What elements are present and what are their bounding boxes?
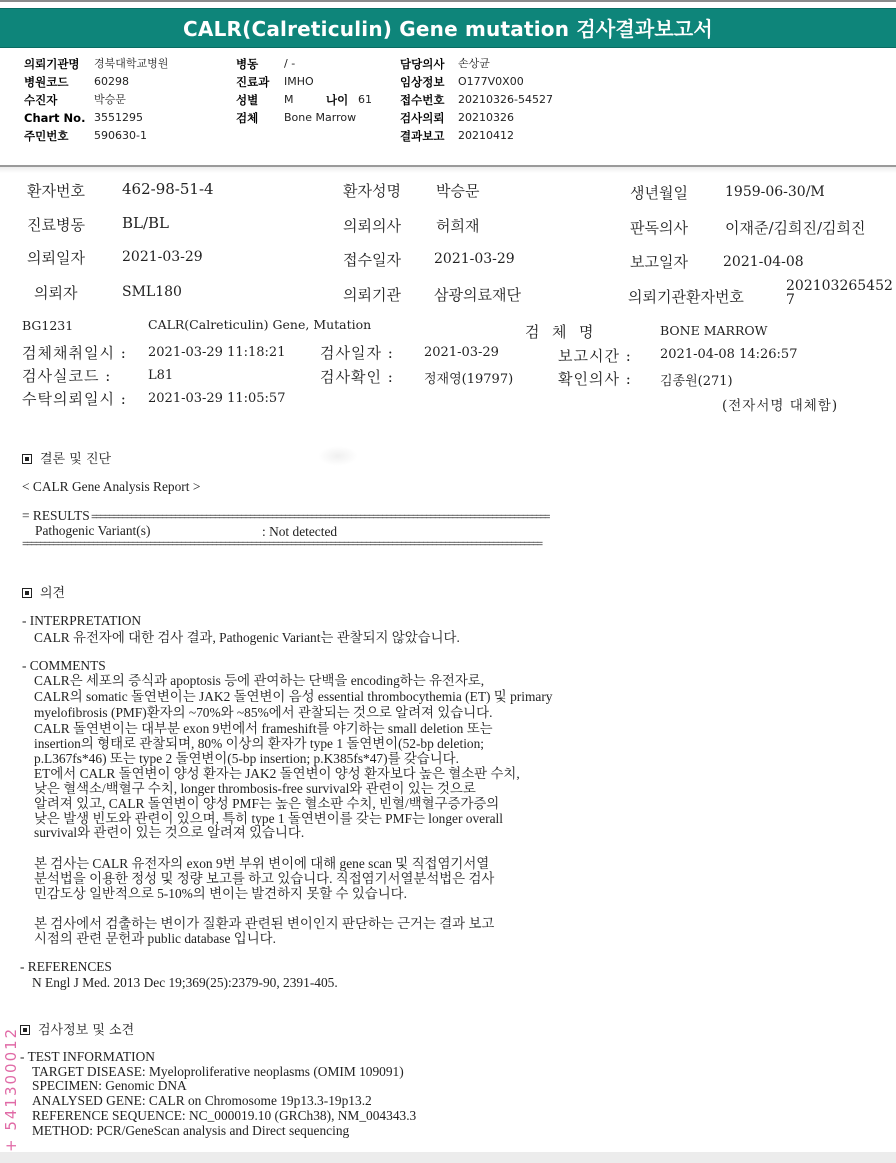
test-info-line: ANALYSED GENE: CALR on Chromosome 19p13.… bbox=[32, 1094, 372, 1107]
test-info-line: METHOD: PCR/GeneScan analysis and Direct… bbox=[32, 1124, 349, 1137]
comment-line: CALR의 somatic 돌연변이는 JAK2 돌연변이 음성 essenti… bbox=[34, 690, 552, 703]
comment-line: p.L367fs*46) 또는 type 2 돌연변이(5-bp inserti… bbox=[34, 752, 459, 765]
references-text: N Engl J Med. 2013 Dec 19;369(25):2379-9… bbox=[32, 976, 338, 989]
field-label: 진료과 bbox=[236, 73, 284, 91]
bottom-bar bbox=[0, 1152, 896, 1163]
field-value: 20210412 bbox=[458, 127, 514, 145]
field-label: 담당의사 bbox=[400, 55, 458, 73]
basis-note-line: 시점의 관련 문헌과 public database 입니다. bbox=[34, 932, 276, 945]
header-field: 수진자박승문 bbox=[24, 91, 168, 109]
confirm-doctor-label: 확인의사 : bbox=[558, 368, 632, 389]
header-field: 임상정보O177V0X00 bbox=[400, 73, 553, 91]
field-label: 결과보고 bbox=[400, 127, 458, 145]
field-value: / - bbox=[284, 55, 295, 73]
side-stamp: + 541300012 bbox=[2, 1010, 20, 1152]
header-col-ward: 병동/ - 진료과IMHO 성별M나이61 검체Bone Marrow bbox=[236, 55, 372, 127]
comment-line: ET에서 CALR 돌연변이 양성 환자는 JAK2 돌연변이 양성 환자보다 … bbox=[34, 767, 520, 780]
field-value: 경북대학교병원 bbox=[94, 55, 168, 73]
test-info-section-title: 검사정보 및 소견 bbox=[20, 1019, 134, 1038]
header-field: 진료과IMHO bbox=[236, 73, 372, 91]
report-date-label: 보고일자 bbox=[630, 251, 688, 272]
specimen-value: BONE MARROW bbox=[660, 323, 767, 338]
test-name: CALR(Calreticulin) Gene, Mutation bbox=[148, 317, 371, 332]
method-note-line: 본 검사는 CALR 유전자의 exon 9번 부위 변이에 대해 gene s… bbox=[34, 857, 489, 870]
institution-label: 의뢰기관 bbox=[343, 284, 401, 305]
test-date-value: 2021-03-29 bbox=[424, 345, 499, 360]
lab-code-value: L81 bbox=[148, 368, 173, 383]
field-label: 병원코드 bbox=[24, 73, 94, 91]
comment-line: 낮은 발생 빈도와 관련이 있으며, 특히 type 1 돌연변이를 갖는 PM… bbox=[34, 812, 503, 825]
reading-doctor-label: 판독의사 bbox=[630, 217, 688, 238]
square-bullet-icon bbox=[22, 454, 32, 464]
section-title-text: 검사정보 및 소견 bbox=[38, 1023, 134, 1038]
test-date-label: 검사일자 : bbox=[320, 342, 394, 363]
institution-value: 삼광의료재단 bbox=[434, 284, 521, 305]
report-time-label: 보고시간 : bbox=[558, 345, 632, 366]
result-value: : Not detected bbox=[262, 525, 337, 538]
method-note-line: 민감도상 일반적으로 5-10%의 변이는 발견하지 못할 수 있습니다. bbox=[34, 887, 407, 900]
birthdate-label: 생년월일 bbox=[630, 182, 688, 203]
receipt-date-value: 2021-03-29 bbox=[434, 251, 515, 267]
method-note-line: 분석법을 이용한 정성 및 정량 보고를 하고 있습니다. 직접염기서열분석법은… bbox=[34, 872, 494, 885]
opinion-section-title: 의견 bbox=[22, 582, 65, 601]
conclusion-section-title: 결론 및 진단 bbox=[22, 448, 111, 467]
scan-smudge bbox=[318, 446, 358, 466]
field-value: Bone Marrow bbox=[284, 109, 356, 127]
test-info-heading: - TEST INFORMATION bbox=[20, 1050, 155, 1063]
birthdate-value: 1959-06-30/M bbox=[725, 184, 825, 200]
header-field: 성별M나이61 bbox=[236, 91, 372, 109]
collected-value: 2021-03-29 11:18:21 bbox=[148, 345, 285, 360]
field-value: O177V0X00 bbox=[458, 73, 524, 91]
field-label: 성별 bbox=[236, 91, 284, 109]
outsourced-value: 2021-03-29 11:05:57 bbox=[148, 391, 285, 406]
report-name: < CALR Gene Analysis Report > bbox=[22, 480, 200, 493]
referring-doctor-value: 허희재 bbox=[436, 215, 479, 236]
results-header: = RESULTS bbox=[22, 509, 93, 522]
ward-value: BL/BL bbox=[122, 214, 169, 232]
field-value: 590630-1 bbox=[94, 127, 147, 145]
field-label: 검체 bbox=[236, 109, 284, 127]
comment-line: CALR 돌연변이는 대부분 exon 9번에서 frameshift를 야기하… bbox=[34, 722, 493, 735]
request-date-value: 2021-03-29 bbox=[122, 249, 203, 265]
comments-heading: - COMMENTS bbox=[22, 659, 106, 672]
age-label: 나이 bbox=[326, 91, 358, 109]
square-bullet-icon bbox=[22, 588, 32, 598]
verified-label: 검사확인 : bbox=[320, 366, 394, 387]
patient-number-value: 462-98-51-4 bbox=[122, 180, 214, 198]
field-label: 임상정보 bbox=[400, 73, 458, 91]
value-line: 7 bbox=[786, 292, 795, 308]
header-field: 병동/ - bbox=[236, 55, 372, 73]
references-heading: - REFERENCES bbox=[20, 960, 112, 973]
header-field: 주민번호590630-1 bbox=[24, 127, 168, 145]
field-value: M bbox=[284, 91, 326, 109]
field-label: 병동 bbox=[236, 55, 284, 73]
header-col-doctor: 담당의사손상균 임상정보O177V0X00 접수번호20210326-54527… bbox=[400, 55, 553, 145]
comment-line: survival와 관련이 있는 것으로 알려져 있습니다. bbox=[34, 826, 304, 839]
field-value: 60298 bbox=[94, 73, 129, 91]
report-time-value: 2021-04-08 14:26:57 bbox=[660, 347, 797, 362]
patient-name-label: 환자성명 bbox=[343, 180, 401, 201]
field-label: Chart No. bbox=[24, 109, 94, 127]
header-field: Chart No.3551295 bbox=[24, 109, 168, 127]
results-rule-top: ========================================… bbox=[91, 512, 571, 524]
result-label: Pathogenic Variant(s) bbox=[35, 524, 150, 537]
comment-line: 낮은 혈색소/백혈구 수치, longer thrombosis-free su… bbox=[34, 782, 476, 795]
field-label: 주민번호 bbox=[24, 127, 94, 145]
outsourced-label: 수탁의뢰일시 : bbox=[22, 388, 127, 409]
receipt-date-label: 접수일자 bbox=[343, 249, 401, 270]
interpretation-text: CALR 유전자에 대한 검사 결과, Pathogenic Variant는 … bbox=[34, 631, 460, 644]
field-label: 수진자 bbox=[24, 91, 94, 109]
collected-label: 검체채취일시 : bbox=[22, 342, 127, 363]
confirm-doctor-value: 김종원(271) bbox=[660, 370, 733, 389]
comment-line: 알려져 있고, CALR 돌연변이 양성 PMF는 높은 혈소판 수치, 빈혈/… bbox=[34, 797, 499, 810]
field-value: 박승문 bbox=[94, 91, 126, 109]
comment-line: myelofibrosis (PMF)환자의 ~70%와 ~85%에서 관찰되는… bbox=[34, 706, 492, 719]
reading-doctor-value: 이재준/김희진/김희진 bbox=[725, 217, 866, 238]
request-date-label: 의뢰일자 bbox=[27, 247, 85, 268]
basis-note-line: 본 검사에서 검출하는 변이가 질환과 관련된 변이인지 판단하는 근거는 결과… bbox=[34, 917, 494, 930]
field-label: 접수번호 bbox=[400, 91, 458, 109]
age-value: 61 bbox=[358, 91, 372, 109]
institution-patient-number-value: 2021032654527 bbox=[786, 279, 893, 307]
specimen-label: 검 체 명 bbox=[525, 321, 595, 342]
verified-value: 정재영(19797) bbox=[424, 368, 513, 387]
header-field: 검체Bone Marrow bbox=[236, 109, 372, 127]
requester-label: 의뢰자 bbox=[34, 282, 77, 303]
test-info-line: REFERENCE SEQUENCE: NC_000019.10 (GRCh38… bbox=[32, 1109, 416, 1122]
header-field: 결과보고20210412 bbox=[400, 127, 553, 145]
institution-patient-number-label: 의뢰기관환자번호 bbox=[628, 286, 744, 307]
report-date-value: 2021-04-08 bbox=[723, 254, 804, 270]
value-line: 202103265452 bbox=[786, 278, 893, 294]
section-title-text: 결론 및 진단 bbox=[40, 452, 111, 467]
results-rule-bottom: ========================================… bbox=[22, 539, 571, 551]
ward-label: 진료병동 bbox=[27, 214, 85, 235]
field-value: IMHO bbox=[284, 73, 314, 91]
comment-line: insertion의 형태로 관찰되며, 80% 이상의 환자가 type 1 … bbox=[34, 737, 484, 750]
field-value: 3551295 bbox=[94, 109, 143, 127]
field-value: 손상균 bbox=[458, 55, 490, 73]
esign-note: (전자서명 대체함) bbox=[722, 394, 838, 414]
patient-number-label: 환자번호 bbox=[27, 180, 85, 201]
square-bullet-icon bbox=[20, 1025, 30, 1035]
section-title-text: 의견 bbox=[40, 586, 65, 601]
header-field: 담당의사손상균 bbox=[400, 55, 553, 73]
test-code: BG1231 bbox=[22, 318, 73, 333]
field-label: 의뢰기관명 bbox=[24, 55, 94, 73]
comment-line: CALR은 세포의 증식과 apoptosis 등에 관여하는 단백을 enco… bbox=[34, 674, 484, 687]
field-value: 20210326-54527 bbox=[458, 91, 553, 109]
test-info-line: SPECIMEN: Genomic DNA bbox=[32, 1079, 187, 1092]
lab-code-label: 검사실코드 : bbox=[22, 365, 111, 386]
divider-shadow bbox=[0, 167, 896, 173]
field-value: 20210326 bbox=[458, 109, 514, 127]
header-field: 접수번호20210326-54527 bbox=[400, 91, 553, 109]
patient-name-value: 박승문 bbox=[436, 180, 479, 201]
header-field: 검사의뢰20210326 bbox=[400, 109, 553, 127]
document-title: CALR(Calreticulin) Gene mutation 검사결과보고서 bbox=[0, 8, 896, 48]
field-label: 검사의뢰 bbox=[400, 109, 458, 127]
header-field: 의뢰기관명경북대학교병원 bbox=[24, 55, 168, 73]
interpretation-heading: - INTERPRETATION bbox=[22, 614, 141, 627]
requester-value: SML180 bbox=[122, 284, 182, 300]
header-field: 병원코드60298 bbox=[24, 73, 168, 91]
top-rule bbox=[0, 0, 896, 2]
referring-doctor-label: 의뢰의사 bbox=[343, 215, 401, 236]
test-info-line: TARGET DISEASE: Myeloproliferative neopl… bbox=[32, 1065, 404, 1078]
header-col-institution: 의뢰기관명경북대학교병원 병원코드60298 수진자박승문 Chart No.3… bbox=[24, 55, 168, 145]
